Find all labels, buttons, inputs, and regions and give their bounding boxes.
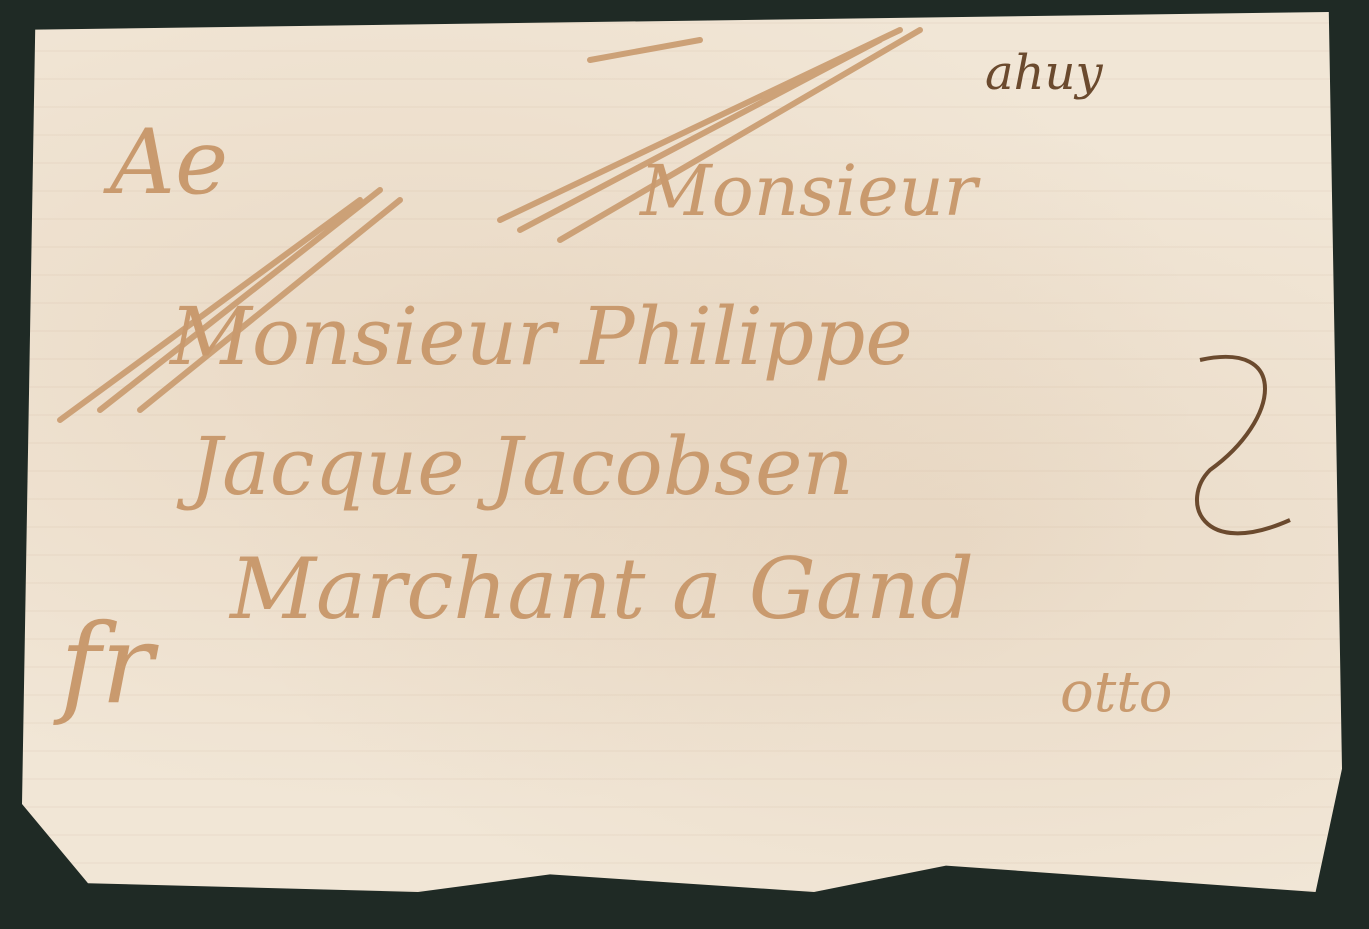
address-line-1: Monsieur bbox=[640, 150, 977, 232]
address-line-4: Marchant a Gand bbox=[230, 540, 974, 638]
top-right-note: ahuy bbox=[985, 45, 1103, 101]
salutation-text: Ae bbox=[110, 110, 228, 215]
address-line-2: Monsieur Philippe bbox=[170, 290, 913, 383]
address-line-3: Jacque Jacobsen bbox=[190, 420, 854, 513]
bottom-right-mark: otto bbox=[1060, 660, 1172, 725]
left-margin-mark: fr bbox=[60, 600, 153, 728]
